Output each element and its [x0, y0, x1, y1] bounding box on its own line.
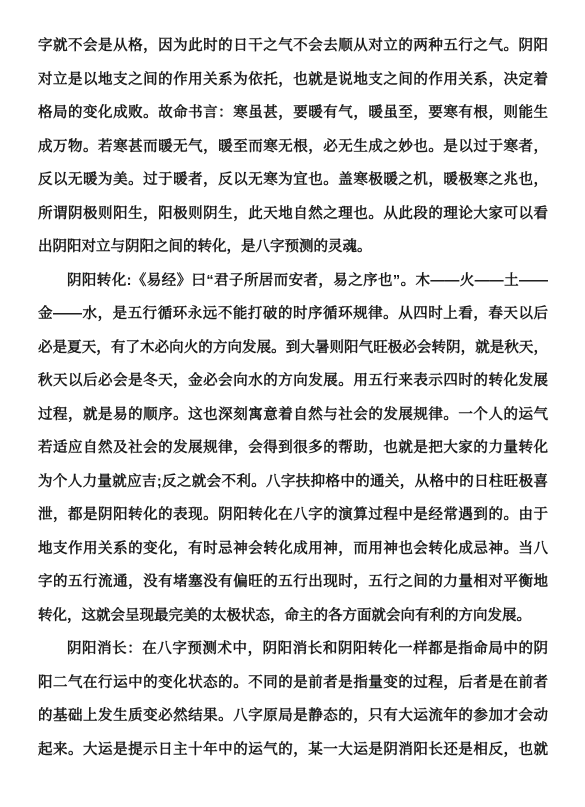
- text-line: 阴阳转化:《易经》曰“君子所居而安者，易之序也”。木——火——土——: [38, 265, 548, 299]
- text-line: 字的五行流通，没有堵塞没有偏旺的五行出现时，五行之间的力量相对平衡地: [38, 566, 548, 600]
- text-line: 的基础上发生质变必然结果。八字原局是静态的，只有大运流年的参加才会动: [38, 700, 548, 734]
- text-line: 若适应自然及社会的发展规律，会得到很多的帮助，也就是把大家的力量转化: [38, 432, 548, 466]
- text-line: 阴阳消长：在八字预测术中，阴阳消长和阴阳转化一样都是指命局中的阴: [38, 633, 548, 667]
- text-line: 秋天以后必会是冬天，金必会向水的方向发展。用五行来表示四时的转化发展: [38, 365, 548, 399]
- text-line: 阳二气在行运中的变化状态的。不同的是前者是指量变的过程，后者是在前者: [38, 667, 548, 701]
- text-line: 出阴阳对立与阴阳之间的转化，是八字预测的灵魂。: [38, 231, 548, 265]
- text-line: 起来。大运是提示日主十年中的运气的，某一大运是阴消阳长还是相反，也就: [38, 734, 548, 768]
- text-line: 格局的变化成败。故命书言：寒虽甚，要暖有气，暖虽至，要寒有根，则能生: [38, 97, 548, 131]
- page-text: 字就不会是从格，因为此时的日干之气不会去顺从对立的两种五行之气。阴阳对立是以地支…: [38, 30, 548, 767]
- text-line: 对立是以地支之间的作用关系为依托，也就是说地支之间的作用关系，决定着: [38, 64, 548, 98]
- text-line: 金——水，是五行循环永远不能打破的时序循环规律。从四时上看，春天以后: [38, 298, 548, 332]
- text-line: 所谓阴极则阳生，阳极则阴生，此天地自然之理也。从此段的理论大家可以看: [38, 198, 548, 232]
- text-line: 过程，就是易的顺序。这也深刻寓意着自然与社会的发展规律。一个人的运气: [38, 399, 548, 433]
- text-line: 必是夏天，有了木必向火的方向发展。到大暑则阳气旺极必会转阴，就是秋天，: [38, 332, 548, 366]
- text-line: 为个人力量就应吉;反之就会不利。八字扶抑格中的通关，从格中的日柱旺极喜: [38, 466, 548, 500]
- text-line: 成万物。若寒甚而暖无气，暖至而寒无根，必无生成之妙也。是以过于寒者，: [38, 131, 548, 165]
- text-line: 地支作用关系的变化，有时忌神会转化成用神，而用神也会转化成忌神。当八: [38, 533, 548, 567]
- text-line: 转化，这就会呈现最完美的太极状态，命主的各方面就会向有利的方向发展。: [38, 600, 548, 634]
- text-line: 字就不会是从格，因为此时的日干之气不会去顺从对立的两种五行之气。阴阳: [38, 30, 548, 64]
- text-line: 泄，都是阴阳转化的表现。阴阳转化在八字的演算过程中是经常遇到的。由于: [38, 499, 548, 533]
- text-line: 反以无暖为美。过于暖者，反以无寒为宜也。盖寒极暖之机，暖极寒之兆也，: [38, 164, 548, 198]
- document-page: 字就不会是从格，因为此时的日干之气不会去顺从对立的两种五行之气。阴阳对立是以地支…: [0, 0, 585, 807]
